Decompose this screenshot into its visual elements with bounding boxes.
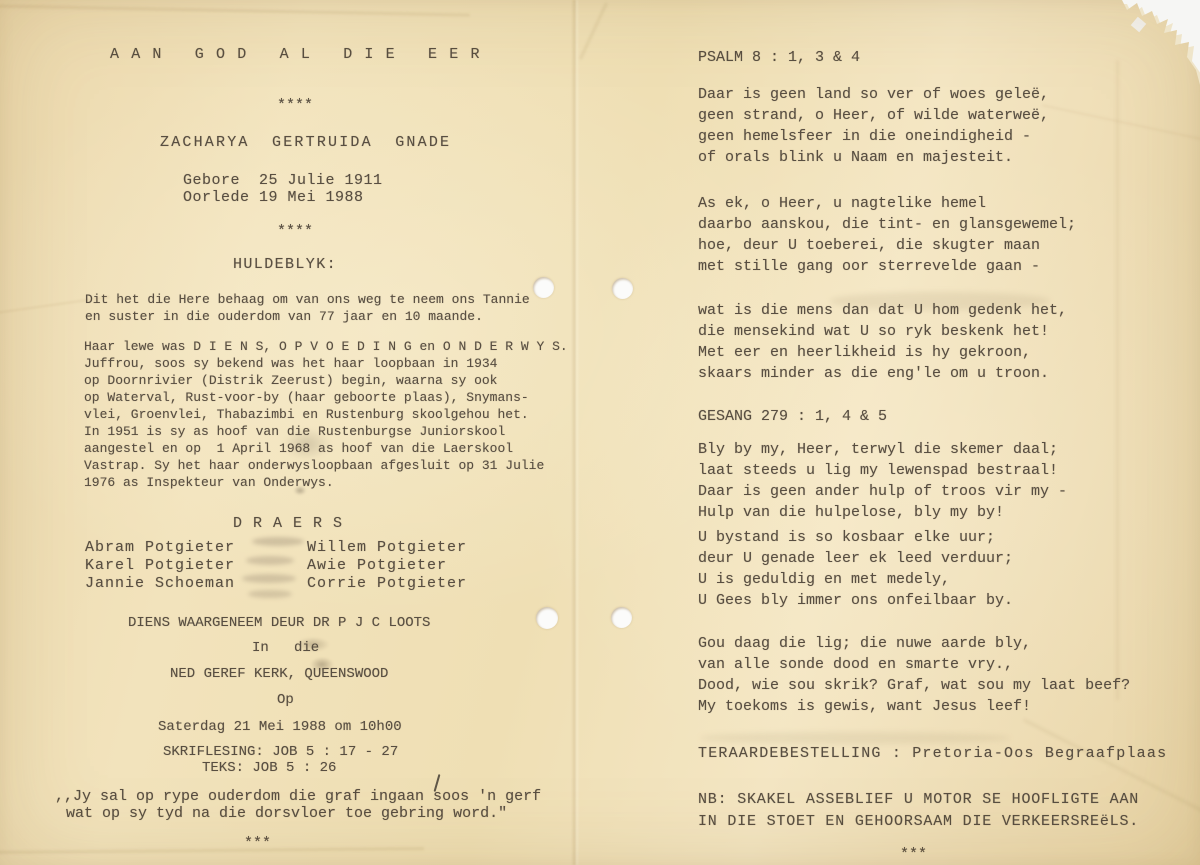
tribute-line: op Doornrivier (Distrik Zeerust) begin, … [84,372,497,389]
bearer-name: Jannie Schoeman [85,573,235,594]
punch-hole [536,607,558,629]
bleed-through-text [246,556,294,565]
psalm-line: hoe, deur U toeberei, die skugter maan [698,235,1040,256]
gesang-line: deur U genade leer ek leed verduur; [698,548,1013,569]
in-die-line: In die [252,639,319,657]
center-fold-line [571,0,580,865]
nb-line: IN DIE STOET EN GEHOORSAAM DIE VERKEERSR… [698,811,1139,832]
psalm-line: skaars minder as die eng'le om u troon. [698,363,1049,384]
date-time-line: Saterdag 21 Mei 1988 om 10h00 [158,718,402,736]
tribute-heading: HULDEBLYK: [233,254,337,275]
main-title: A A N G O D A L D I E E E R [110,44,481,65]
psalm-line: die mensekind wat U so ryk beskenk het! [698,321,1049,342]
psalm-line: of orals blink u Naam en majesteit. [698,147,1013,168]
quote-line: wat op sy tyd na die dorsvloer toe gebri… [66,803,507,824]
gesang-line: My toekoms is gewis, want Jesus leef! [698,696,1031,717]
tribute-line: In 1951 is sy as hoof van die Rustenburg… [84,423,505,440]
crease-line [1116,60,1119,700]
star-divider: **** [277,221,313,242]
tribute-line: vlei, Groenvlei, Thabazimbi en Rustenbur… [84,406,529,423]
paper-sheet: A A N G O D A L D I E E E R **** ZACHARY… [0,0,1200,865]
tribute-line: op Waterval, Rust-voor-by (haar geboorte… [84,389,529,406]
tribute-line: aangestel en op 1 April 1968 as hoof van… [84,440,513,457]
op-line: Op [277,691,294,709]
bearers-heading: D R A E R S [233,513,343,534]
text-reference-line: TEKS: JOB 5 : 26 [202,759,336,777]
punch-hole [612,278,633,299]
scanned-funeral-program: A A N G O D A L D I E E E R **** ZACHARY… [0,0,1200,865]
tribute-line: Juffrou, soos sy bekend was het haar loo… [84,355,497,372]
gesang-line: Dood, wie sou skrik? Graf, wat sou my la… [698,675,1130,696]
gesang-line: Daar is geen ander hulp of troos vir my … [698,481,1067,502]
punch-hole [533,277,554,298]
psalm-line: geen hemelsfeer in die oneindigheid - [698,126,1031,147]
tribute-line: Dit het die Here behaag om van ons weg t… [85,291,530,308]
gesang-line: U Gees bly immer ons onfeilbaar by. [698,590,1013,611]
bearer-name: Corrie Potgieter [307,573,467,594]
punch-hole [611,607,632,628]
gesang-line: U bystand is so kosbaar elke uur; [698,527,995,548]
psalm-line: geen strand, o Heer, of wilde waterweë, [698,105,1049,126]
psalm-heading: PSALM 8 : 1, 3 & 4 [698,47,860,68]
gesang-line: Bly by my, Heer, terwyl die skemer daal; [698,439,1058,460]
bleed-through-text [248,590,292,598]
gesang-line: U is geduldig en met medely, [698,569,950,590]
tear-hole [1131,17,1146,32]
gesang-heading: GESANG 279 : 1, 4 & 5 [698,406,887,427]
psalm-line: Daar is geen land so ver of woes geleë, [698,84,1049,105]
burial-line: TERAARDEBESTELLING : Pretoria-Oos Begraa… [698,743,1167,764]
bleed-through-text [242,574,296,583]
nb-line: NB: SKAKEL ASSEBLIEF U MOTOR SE HOOFLIGT… [698,789,1139,810]
deceased-name: ZACHARYA GERTRUIDA GNADE [160,132,451,153]
tribute-line: Haar lewe was D I E N S, O P V O E D I N… [84,338,568,355]
star-divider: **** [277,95,313,116]
crease-line [1042,104,1200,148]
psalm-line: wat is die mens dan dat U hom gedenk het… [698,300,1067,321]
gesang-line: van alle sonde dood en smarte vry., [698,654,1013,675]
tribute-line: en suster in die ouderdom van 77 jaar en… [85,308,483,325]
service-line: DIENS WAARGENEEM DEUR DR P J C LOOTS [128,614,430,632]
tribute-line: Vastrap. Sy het haar onderwysloopbaan af… [84,457,544,474]
psalm-line: met stille gang oor sterrevelde gaan - [698,256,1040,277]
gesang-line: Gou daag die lig; die nuwe aarde bly, [698,633,1031,654]
psalm-line: As ek, o Heer, u nagtelike hemel [698,193,986,214]
crease-line [0,847,424,854]
crease-line [579,2,608,59]
psalm-line: daarbo aanskou, die tint- en glansgeweme… [698,214,1076,235]
gesang-line: laat steeds u lig my lewenspad bestraal! [698,460,1058,481]
bleed-through-text [252,537,304,546]
died-line: Oorlede 19 Mei 1988 [183,187,364,208]
psalm-line: Met eer en heerlikheid is hy gekroon, [698,342,1031,363]
crease-line [0,4,470,16]
star-divider: *** [244,833,271,854]
star-divider: *** [900,844,927,865]
gesang-line: Hulp van die hulpelose, bly my by! [698,502,1004,523]
tribute-line: 1976 as Inspekteur van Onderwys. [84,474,334,491]
church-line: NED GEREF KERK, QUEENSWOOD [170,665,388,683]
